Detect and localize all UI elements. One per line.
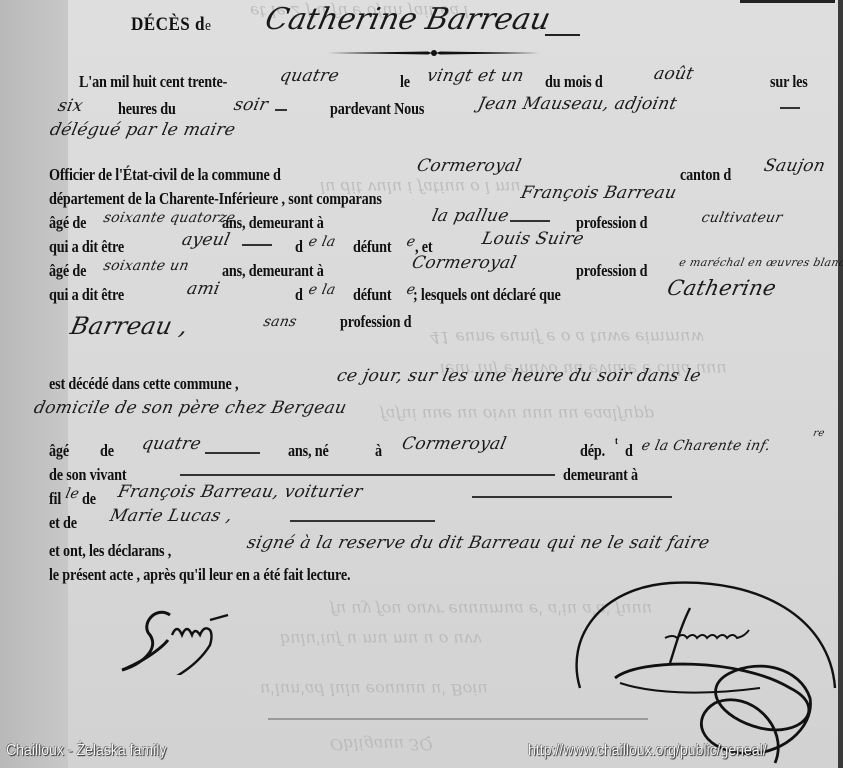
declarant-2-age: soixante un [102,258,190,274]
filler-dash [205,452,260,454]
watermark-url: http://www.chailloux.org/public/geneal/ [528,742,767,760]
declarant-1-age: soixante quatorze [102,210,237,226]
deceased-name-title: Catherine Barreau [262,2,554,37]
title-dash [545,34,580,36]
bleed-through-text: fafui uue uu oivu uuu uu eaalfupp [380,405,654,424]
death-details: ce jour, sur les une heure du soir dans … [335,366,703,386]
printed-text: de [82,489,96,509]
month-field: août [652,64,696,84]
day-field: vingt et un [425,66,526,86]
printed-text: âgé de [49,213,86,233]
printed-text: dép. [580,441,605,461]
bleed-through-text: u'lun'ad lulu eouuuu u' Boiu [260,680,488,699]
printed-text: canton d [680,165,731,185]
printed-text: défunt [353,237,391,257]
deceased-surname: Barreau , [68,312,191,340]
year-field: quatre [278,66,341,86]
bleed-through-text: bulu'iuf u mu mu u o uvv [280,630,482,649]
printed-text: ; lesquels ont déclaré que [413,285,561,305]
printed-text: qui a dit être [49,237,124,257]
birth-department: e la Charente inf. [640,438,772,454]
signature-mauseau [560,578,840,768]
printed-text: du mois d [545,72,603,92]
printed-text: et ont, les déclarans , [49,541,171,561]
printed-text: ans, né [288,441,329,461]
declarant-1-profession: cultivateur [700,210,784,226]
printed-text: âgé [49,441,69,461]
printed-text: demeurant à [563,465,638,485]
printed-text: fil [49,489,61,509]
handwritten-superscript: re [812,428,826,439]
printed-text: d [295,237,303,257]
printed-text: le présent acte , après qu'il leur en a … [49,565,350,585]
officer-field: Jean Mauseau, adjoint [476,94,679,114]
printed-text: le [400,72,410,92]
birth-place: Cormeroyal [400,434,508,454]
printed-text: de [100,441,114,461]
printed-text: heures du [118,99,176,119]
printed-text: t [615,436,618,447]
printed-text: âgé de [49,261,86,281]
printed-text: L'an mil huit cent trente- [79,72,227,92]
bleed-through-text: Obligauu 3Q [330,735,432,754]
mother-name: Marie Lucas , [108,506,234,526]
declarant-2-name: Louis Suire [480,229,586,249]
printed-text: à [375,441,382,461]
strikethrough-line [180,474,555,476]
commune-field: Cormeroyal [415,156,523,176]
printed-text: Officier de l'État-civil de la commune d [49,165,281,185]
top-rule [740,0,835,3]
filler-dash [780,107,800,109]
declarant-1-residence: la pallue [430,206,511,226]
printed-text: sur les [770,72,808,92]
filler-dash [472,496,672,498]
filler-dash [290,520,435,522]
declarant-1-name: François Barreau [519,183,678,203]
printed-text: profession d [576,261,647,281]
printed-text: profession d [576,213,647,233]
printed-text: pardevant Nous [330,99,424,119]
printed-text: qui a dit être [49,285,124,305]
declarant-2-residence: Cormeroyal [410,253,518,273]
signature-suire [110,595,260,675]
printed-text: d [295,285,303,305]
watermark-family: Chailloux - Żelaska family [6,742,166,760]
bleed-through-text: 41 eune eunif e o a tuwe eimmuw [430,328,704,347]
printed-text: ans, demeurant à [222,213,324,233]
printed-text: ans, demeurant à [222,261,324,281]
title-printed: DÉCÈS de [131,14,211,36]
printed-text: est décédé dans cette commune , [49,374,238,394]
title-ornament [328,49,540,57]
father-name: François Barreau, voiturier [116,482,364,502]
printed-text: profession d [340,312,411,332]
death-place: domicile de son père chez Bergeau [32,398,348,418]
filler-dash [510,220,550,222]
deceased-age: quatre [140,434,203,454]
time-of-day-field: soir [232,95,270,115]
hour-field: six [56,96,85,116]
deceased-profession: sans [262,314,298,330]
signing-note: signé à la reserve du dit Barreau qui ne… [245,533,711,553]
filler-dash [242,244,272,246]
filler-dash [275,109,287,111]
printed-text: de son vivant [49,465,126,485]
printed-text: d [625,441,633,461]
printed-text: défunt [353,285,391,305]
declarant-1-relation: ayeul [180,230,232,250]
handwritten-suffix: e la [307,282,337,298]
printed-text: et de [49,513,77,533]
canton-field: Saujon [762,156,827,176]
delegation-field: délégué par le maire [48,120,237,140]
deceased-first-name: Catherine [665,276,778,300]
printed-text: département de la Charente-Inférieure , … [49,189,382,209]
declarant-2-profession: e maréchal en œuvres blanches [678,256,843,269]
declarant-2-relation: ami [185,279,222,299]
handwritten-suffix: e la [307,234,337,250]
